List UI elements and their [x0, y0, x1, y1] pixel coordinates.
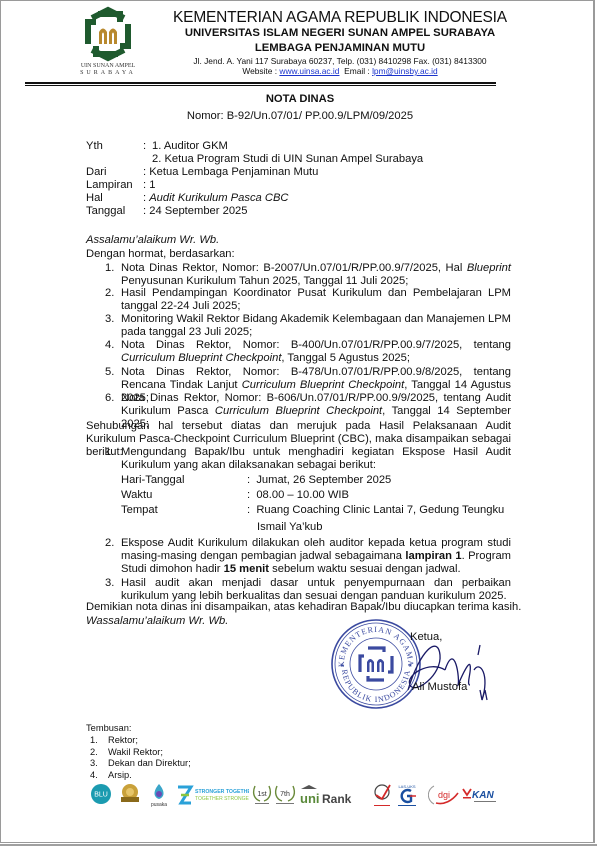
svg-text:7th: 7th — [280, 791, 290, 798]
dari-label: Dari — [86, 166, 107, 179]
basis-item-number: 3. — [105, 313, 114, 326]
closing: Demikian nota dinas ini disampaikan, ata… — [86, 601, 521, 614]
cc-item: Rektor; — [108, 735, 138, 745]
schedule-value-time: : 08.00 – 10.00 WIB — [247, 489, 349, 502]
institute-name: LEMBAGA PENJAMINAN MUTU — [140, 42, 540, 54]
cc-label: Tembusan: — [86, 723, 131, 733]
svg-text:BLU: BLU — [94, 792, 108, 799]
tanggal-label: Tanggal — [86, 205, 125, 218]
point-1-text: Mengundang Bapak/Ibu untuk menghadiri ke… — [121, 446, 511, 472]
schedule-label-place: Tempat — [121, 504, 158, 517]
logo-kan-icon: KAN — [462, 783, 502, 813]
cc-item: Dekan dan Direktur; — [108, 758, 191, 768]
basis-item-text: Hasil Pendampingan Koordinator Pusat Kur… — [121, 287, 511, 313]
greeting: Assalamu’alaikum Wr. Wb. — [86, 234, 219, 247]
logo-dgi-icon: dgi — [428, 783, 460, 813]
yth-colon: : — [143, 140, 146, 153]
basis-item-number: 2. — [105, 287, 114, 300]
logo-las-uks-icon: LAS-UKS — [396, 783, 418, 813]
schedule-value-date: : Jumat, 26 September 2025 — [247, 474, 391, 487]
svg-text:★: ★ — [340, 663, 345, 669]
logo-stronger-together-icon: STRONGER TOGETHERTOGETHER STRONGER — [175, 783, 249, 813]
logo-ranking-7th-icon: 7th — [274, 783, 296, 813]
logo-caption: UIN SUNAN AMPEL — [72, 63, 144, 69]
intro: Dengan hormat, berdasarkan: — [86, 248, 235, 261]
logo-unirank-icon: uniRank — [298, 783, 364, 813]
svg-text:dgi: dgi — [438, 790, 450, 800]
address: Jl. Jend. A. Yani 117 Surabaya 60237, Te… — [140, 56, 540, 66]
svg-text:LAS-UKS: LAS-UKS — [398, 784, 415, 789]
cc-item-number: 1. — [90, 735, 98, 745]
dari-value: : Ketua Lembaga Penjaminan Mutu — [143, 166, 318, 179]
point-2-number: 2. — [105, 537, 114, 550]
svg-text:pusaka: pusaka — [151, 802, 167, 807]
logo-award-badge-icon — [118, 783, 142, 813]
university-name: UNIVERSITAS ISLAM NEGERI SUNAN AMPEL SUR… — [140, 27, 540, 39]
cc-item-number: 4. — [90, 770, 98, 780]
svg-text:uni: uni — [300, 791, 320, 806]
email-label: Email : — [344, 66, 372, 76]
yth-item-1: 1. Auditor GKM — [152, 140, 228, 153]
farewell: Wassalamu’alaikum Wr. Wb. — [86, 615, 228, 628]
page-bottom-divider — [0, 844, 597, 846]
uinsa-logo-icon — [80, 6, 136, 62]
schedule-label-time: Waktu — [121, 489, 152, 502]
basis-item-number: 1. — [105, 262, 114, 275]
basis-item-text: Nota Dinas Rektor, Nomor: B-2007/Un.07/0… — [121, 262, 511, 288]
contact-line: Website : www.uinsa.ac.id Email : lpm@ui… — [140, 66, 540, 76]
cc-item-number: 2. — [90, 747, 98, 757]
schedule-value-place-2: Ismail Ya’kub — [257, 521, 323, 534]
yth-item-2: 2. Ketua Program Studi di UIN Sunan Ampe… — [152, 153, 423, 166]
hal-value: : Audit Kurikulum Pasca CBC — [143, 192, 289, 205]
basis-item-text: Monitoring Wakil Rektor Bidang Akademik … — [121, 313, 511, 339]
website-link[interactable]: www.uinsa.ac.id — [279, 66, 339, 76]
point-3-number: 3. — [105, 577, 114, 590]
email-link[interactable]: lpm@uinsby.ac.id — [372, 66, 438, 76]
basis-item-number: 6. — [105, 392, 114, 405]
svg-text:TOGETHER STRONGER: TOGETHER STRONGER — [195, 796, 249, 802]
point-2-text: Ekspose Audit Kurikulum dilakukan oleh a… — [121, 537, 511, 577]
svg-text:STRONGER TOGETHER: STRONGER TOGETHER — [195, 789, 249, 795]
svg-text:KAN: KAN — [472, 790, 494, 801]
letterhead-divider-thin — [25, 85, 496, 86]
yth-label: Yth — [86, 140, 103, 153]
point-1-number: 1. — [105, 446, 114, 459]
letterhead-divider — [25, 82, 496, 84]
website-label: Website : — [242, 66, 279, 76]
svg-text:1st: 1st — [257, 791, 266, 798]
logo-blu-icon: BLU — [90, 783, 112, 813]
cc-item: Arsip. — [108, 770, 132, 780]
point-3-text: Hasil audit akan menjadi dasar untuk pen… — [121, 577, 511, 603]
document-title: NOTA DINAS — [60, 93, 540, 106]
logo-caption-city: SURABAYA — [72, 70, 144, 76]
schedule-value-place: : Ruang Coaching Clinic Lantai 7, Gedung… — [247, 504, 504, 517]
basis-item-text: Nota Dinas Rektor, Nomor: B-400/Un.07/01… — [121, 339, 511, 365]
document-number: Nomor: B-92/Un.07/01/ PP.00.9/LPM/09/202… — [60, 110, 540, 123]
lampiran-label: Lampiran — [86, 179, 133, 192]
cc-item-number: 3. — [90, 758, 98, 768]
basis-item-number: 5. — [105, 366, 114, 379]
hal-label: Hal — [86, 192, 103, 205]
schedule-label-date: Hari-Tanggal — [121, 474, 184, 487]
svg-text:Rank: Rank — [322, 792, 352, 806]
logo-iso-cert-icon — [372, 783, 392, 813]
lampiran-value: : 1 — [143, 179, 155, 192]
ministry-name: KEMENTERIAN AGAMA REPUBLIK INDONESIA — [140, 9, 540, 27]
logo-ranking-1st-icon: 1st — [252, 783, 272, 813]
basis-item-number: 4. — [105, 339, 114, 352]
cc-item: Wakil Rektor; — [108, 747, 163, 757]
tanggal-value: : 24 September 2025 — [143, 205, 248, 218]
logo-pusaka-icon: pusaka — [148, 783, 170, 813]
signatory-name: Ali Mustofa — [412, 681, 467, 694]
